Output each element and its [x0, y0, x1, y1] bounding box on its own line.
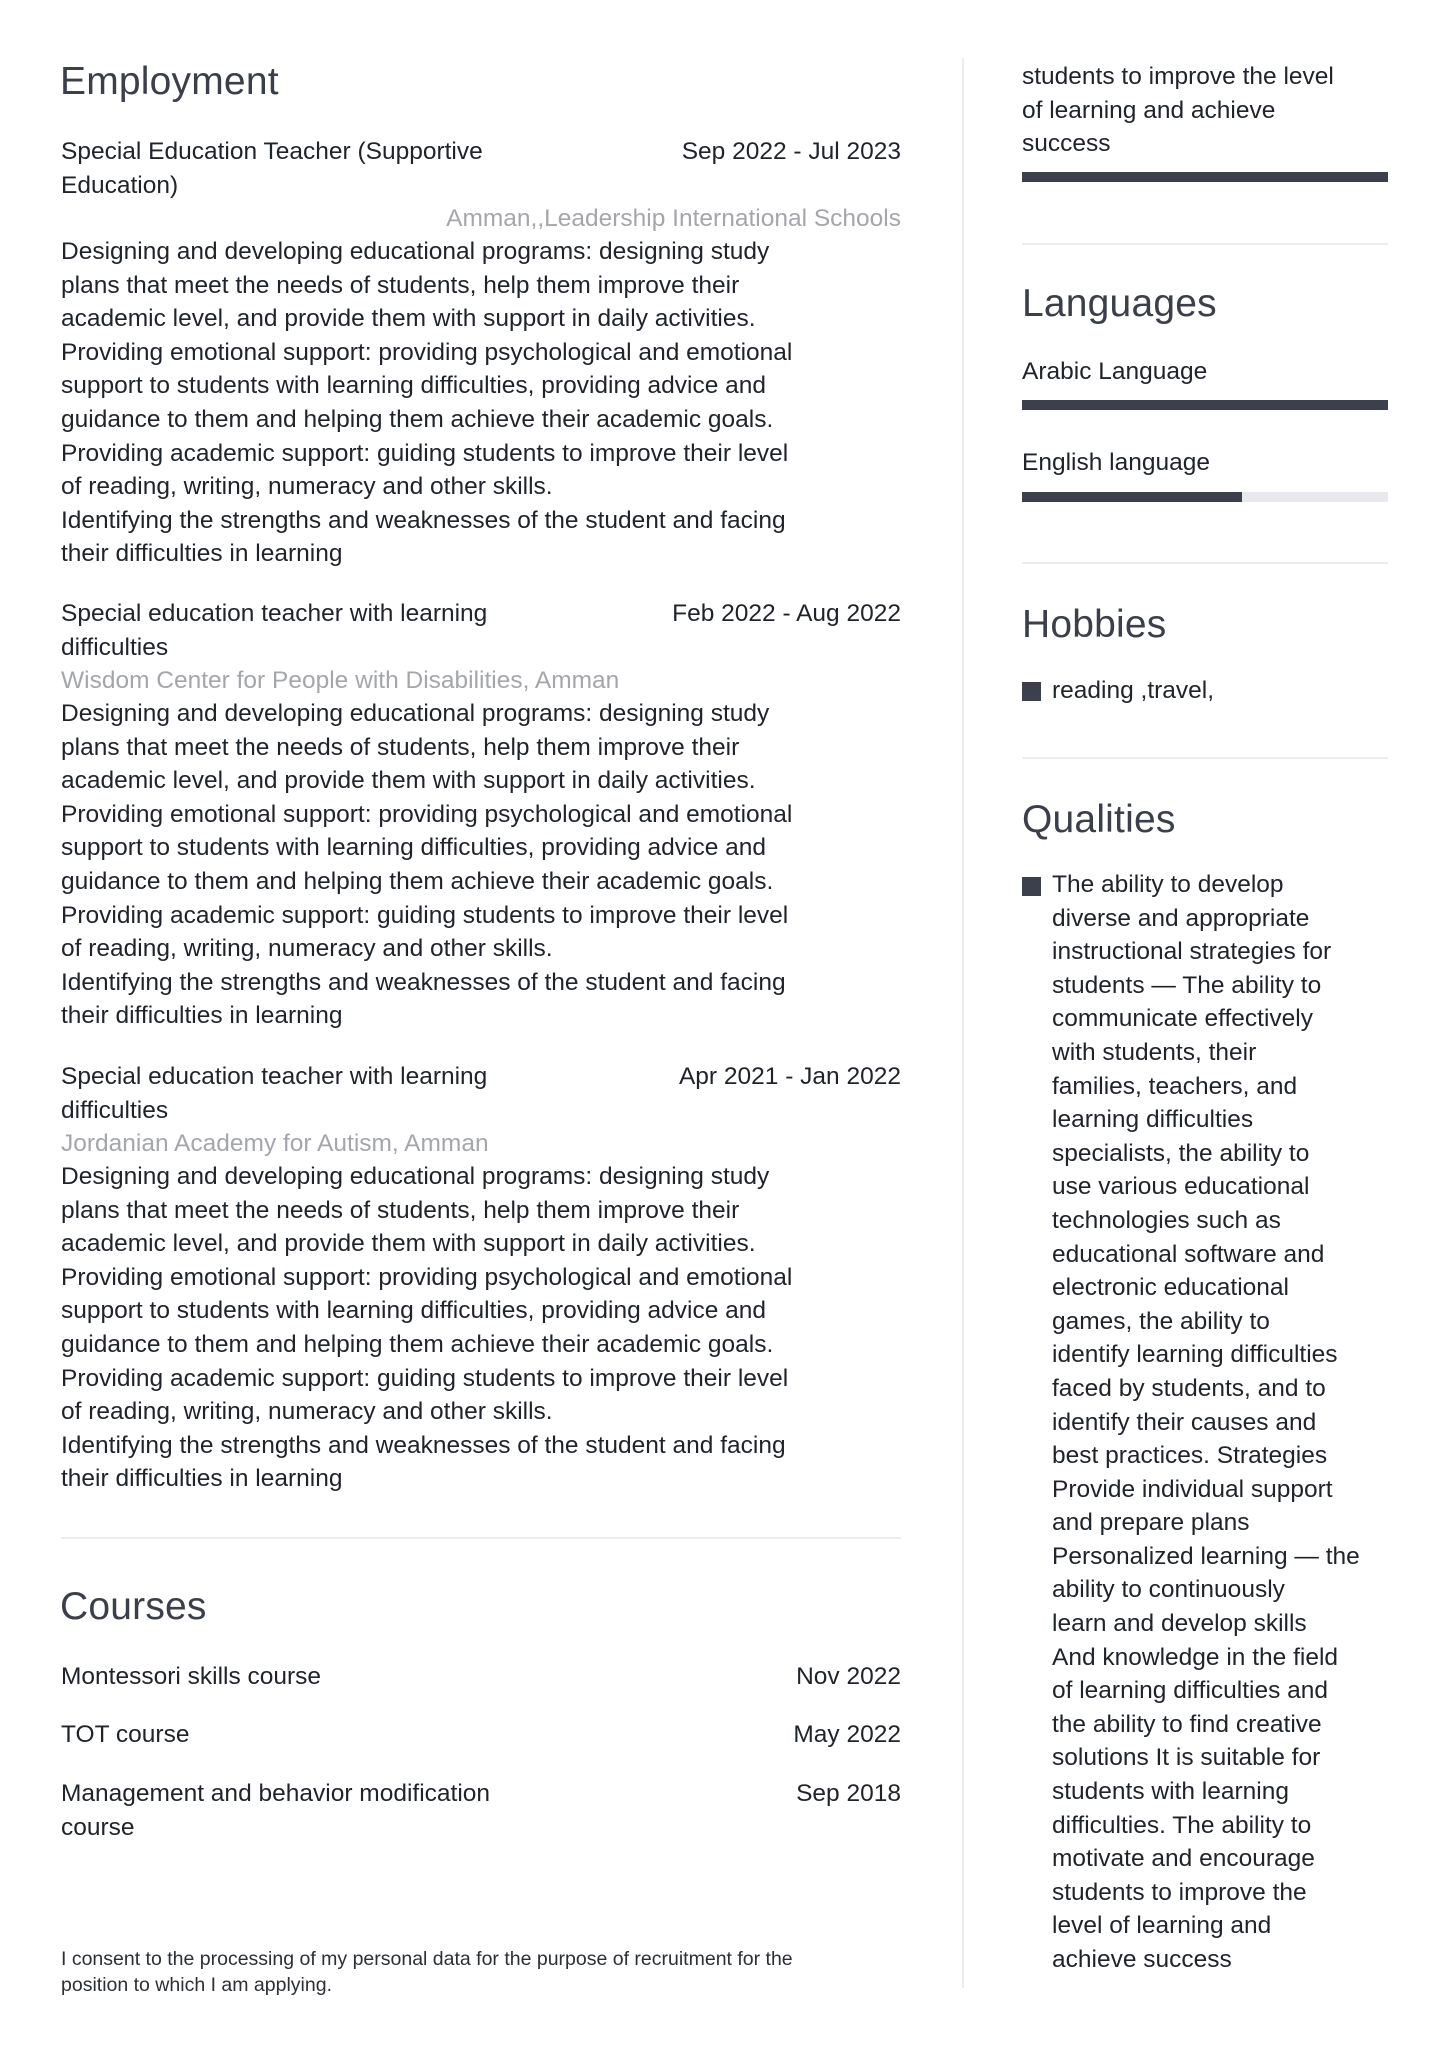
- job-entry: Special education teacher with learning …: [61, 597, 901, 1037]
- job-dates: Feb 2022 - Aug 2022: [672, 597, 901, 631]
- job-dates: Sep 2022 - Jul 2023: [682, 135, 901, 169]
- job-company: Amman,,Leadership International Schools: [446, 202, 901, 236]
- section-divider: [61, 1537, 901, 1539]
- level-bar-fill: [1022, 400, 1388, 410]
- bullet-square-icon: [1022, 682, 1041, 701]
- section-divider: [1022, 757, 1388, 759]
- job-dates: Apr 2021 - Jan 2022: [679, 1060, 901, 1094]
- level-bar: [1022, 172, 1388, 182]
- qualities-item: The ability to developdiverse and approp…: [1052, 868, 1360, 1977]
- section-divider: [1022, 562, 1388, 564]
- language-level-bar: [1022, 492, 1388, 502]
- job-company: Wisdom Center for People with Disabiliti…: [61, 664, 619, 698]
- job-description: Designing and developing educational pro…: [61, 235, 792, 571]
- job-description: Designing and developing educational pro…: [61, 1160, 792, 1496]
- qualities-heading: Qualities: [1022, 798, 1176, 842]
- job-title: Special education teacher with learning …: [61, 597, 601, 664]
- language-name: Arabic Language: [1022, 355, 1207, 389]
- employment-heading: Employment: [60, 60, 279, 104]
- job-company: Jordanian Academy for Autism, Amman: [61, 1127, 489, 1161]
- section-divider: [1022, 243, 1388, 245]
- level-bar-fill: [1022, 172, 1388, 182]
- job-description: Designing and developing educational pro…: [61, 697, 792, 1033]
- course-name: TOT course: [61, 1718, 621, 1752]
- column-divider: [962, 58, 964, 1988]
- hobbies-heading: Hobbies: [1022, 603, 1167, 647]
- job-entry: Special education teacher with learning …: [61, 1060, 901, 1500]
- job-entry: Special Education Teacher (Supportive Ed…: [61, 135, 901, 575]
- language-level-bar: [1022, 400, 1388, 410]
- consent-text: I consent to the processing of my person…: [61, 1946, 793, 1998]
- job-title: Special Education Teacher (Supportive Ed…: [61, 135, 601, 202]
- courses-heading: Courses: [60, 1585, 207, 1629]
- job-title: Special education teacher with learning …: [61, 1060, 601, 1127]
- language-name: English language: [1022, 446, 1210, 480]
- course-date: Nov 2022: [796, 1660, 901, 1694]
- continued-text: students to improve the level of learnin…: [1022, 60, 1334, 161]
- hobby-item: reading ,travel,: [1052, 674, 1214, 708]
- course-date: Sep 2018: [796, 1777, 901, 1811]
- course-name: Montessori skills course: [61, 1660, 621, 1694]
- languages-heading: Languages: [1022, 282, 1217, 326]
- course-name: Management and behavior modification cou…: [61, 1777, 621, 1844]
- course-date: May 2022: [793, 1718, 901, 1752]
- level-bar-fill: [1022, 492, 1242, 502]
- bullet-square-icon: [1022, 877, 1041, 896]
